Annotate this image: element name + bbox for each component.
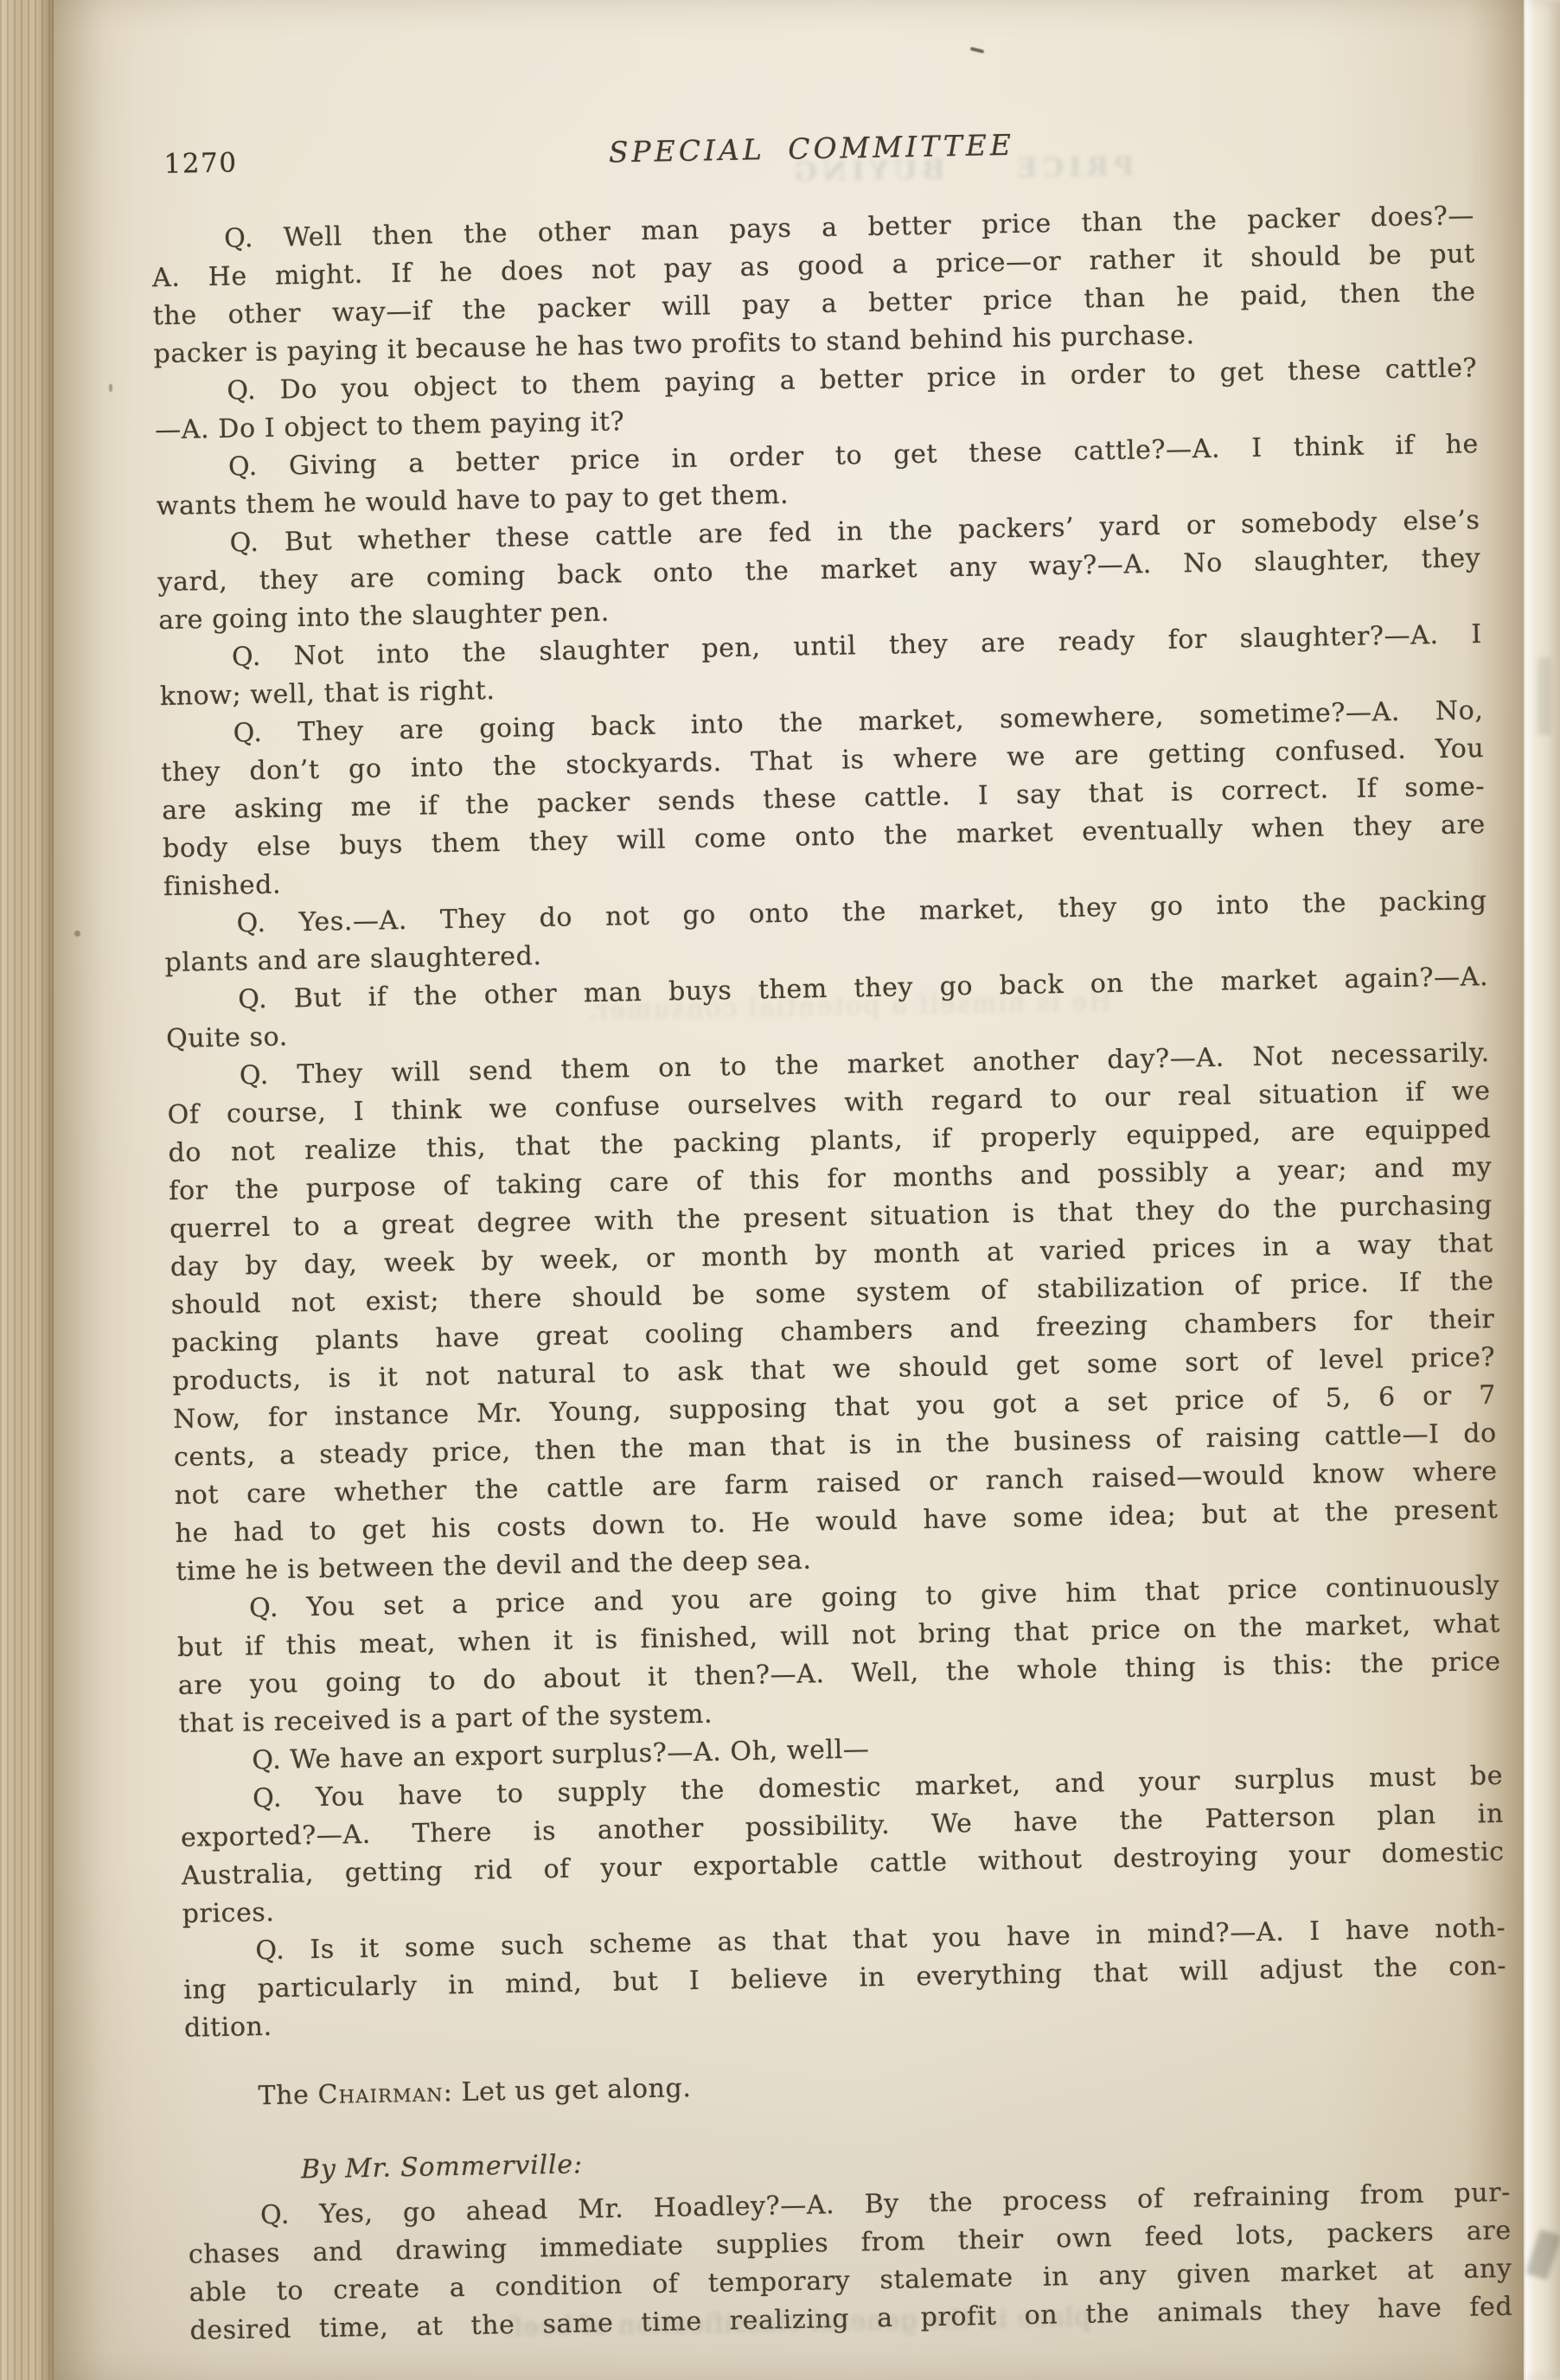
scan-speck: [109, 384, 112, 392]
scan-speck: [74, 931, 80, 937]
chairman-line: The Chairman: Let us get along.: [185, 2055, 1509, 2117]
page-content: 1270 SPECIAL COMMITTEE Q. Well then the …: [150, 118, 1513, 2351]
book-scan: PRICE BUYING He is himself a potential c…: [0, 0, 1560, 2380]
page-number: 1270: [163, 144, 238, 183]
transcript-paragraph: Q. You have to supply the domestic marke…: [180, 1757, 1506, 1934]
transcript-paragraph: Q. Well then the other man pays a better…: [151, 197, 1477, 374]
transcript-paragraph: Q. You set a price and you are going to …: [176, 1567, 1502, 1743]
book-page: PRICE BUYING He is himself a potential c…: [54, 0, 1524, 2380]
transcript-paragraph: Q. Is it some such scheme as that that y…: [182, 1910, 1507, 2048]
running-head: SPECIAL COMMITTEE: [150, 118, 1474, 180]
transcript-body: Q. Well then the other man pays a better…: [151, 197, 1507, 2048]
transcript-paragraph: Q. They are going back into the market, …: [160, 692, 1486, 906]
chairman-speaker: Chairman: [317, 2077, 444, 2110]
scan-smudge: [1538, 657, 1551, 735]
chairman-rest: : Let us get along.: [443, 2073, 691, 2108]
transcript-paragraph: Q. Yes, go ahead Mr. Hoadley?—A. By the …: [188, 2174, 1513, 2351]
chairman-prefix: The: [258, 2080, 318, 2111]
page-header: 1270 SPECIAL COMMITTEE: [150, 118, 1474, 192]
scan-smudge: [1525, 2229, 1560, 2280]
transcript-closing: Q. Yes, go ahead Mr. Hoadley?—A. By the …: [188, 2174, 1513, 2351]
transcript-paragraph: Q. They will send them on to the market …: [167, 1034, 1499, 1591]
page-edge-stack: [0, 0, 54, 2380]
facing-page-edge: [1525, 0, 1560, 2380]
